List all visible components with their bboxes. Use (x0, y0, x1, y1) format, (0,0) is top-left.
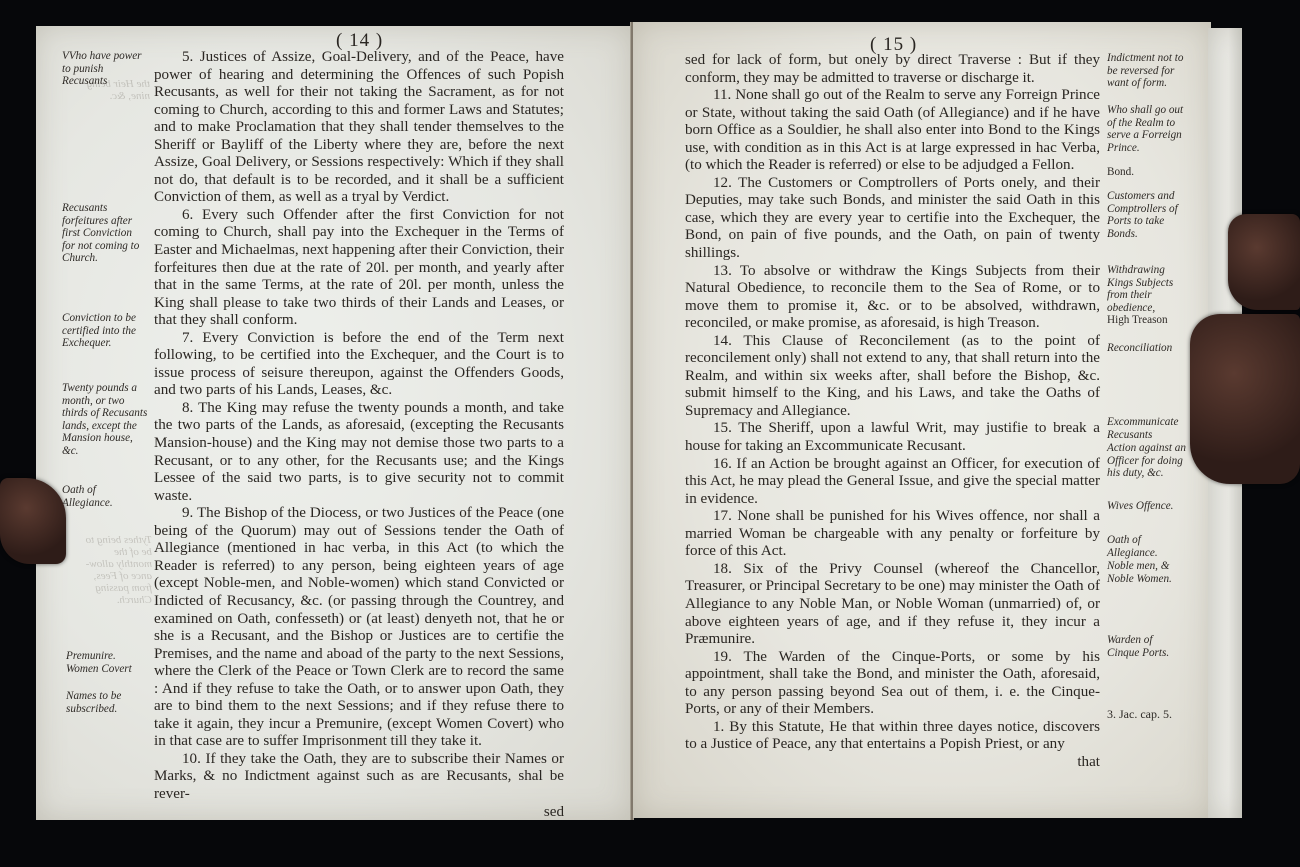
paragraph-6: 6. Every such Offender after the first C… (154, 207, 564, 330)
margin-note-twenty-pounds: Twenty pounds a month, or two thirds of … (62, 382, 148, 458)
paragraph-13: 13. To absolve or withdraw the Kings Sub… (685, 263, 1100, 333)
margin-note-who-shall-go: Who shall go out of the Realm to serve a… (1107, 104, 1187, 154)
paragraph-12: 12. The Customers or Comptrollers of Por… (685, 175, 1100, 263)
margin-note-bond: Bond. (1107, 166, 1187, 179)
margin-note-action-officer: Action against an Officer for doing his … (1107, 442, 1187, 480)
margin-note-high-treason: High Treason (1107, 314, 1187, 327)
margin-note-names-subscribed: Names to be subscribed. (66, 690, 146, 715)
show-through-text: the Heir being nine, &c. (80, 78, 150, 102)
margin-note-indictment: Indictment not to be reversed for want o… (1107, 52, 1187, 90)
paragraph-9: 9. The Bishop of the Diocess, or two Jus… (154, 505, 564, 751)
paragraph-continuation: sed for lack of form, but onely by direc… (685, 52, 1100, 87)
page-holder-clip-right-lower (1190, 314, 1300, 484)
margin-note-oath-allegiance: Oath of Allegiance. (62, 484, 142, 509)
margin-note-warden: Warden of Cinque Ports. (1107, 634, 1187, 659)
paragraph-11: 11. None shall go out of the Realm to se… (685, 87, 1100, 175)
page-holder-clip-left (0, 478, 66, 564)
paragraph-16: 16. If an Action be brought against an O… (685, 456, 1100, 509)
margin-note-conviction-certified: Conviction to be certified into the Exch… (62, 312, 146, 350)
paragraph-8: 8. The King may refuse the twenty pounds… (154, 400, 564, 505)
margin-note-noble-men: Noble men, & Noble Women. (1107, 560, 1187, 585)
paragraph-19: 19. The Warden of the Cinque-Ports, or s… (685, 649, 1100, 719)
catchword: that (685, 754, 1100, 772)
paragraph-5: 5. Justices of Assize, Goal-Delivery, an… (154, 49, 564, 207)
paragraph-18: 18. Six of the Privy Counsel (whereof th… (685, 561, 1100, 649)
margin-note-withdrawing: Withdrawing Kings Subjects from their ob… (1107, 264, 1187, 314)
catchword: sed (154, 804, 564, 822)
margin-note-customers: Customers and Comptrollers of Ports to t… (1107, 190, 1187, 240)
margin-note-excommunicate: Excommunicate Recusants (1107, 416, 1187, 441)
right-page-body: sed for lack of form, but onely by direc… (685, 52, 1100, 771)
show-through-text: Tythes being to be of the monthly allow-… (76, 534, 152, 606)
right-page: ( 15 ) sed for lack of form, but onely b… (633, 22, 1211, 818)
margin-note-wives-offence: Wives Offence. (1107, 500, 1187, 513)
margin-note-forfeitures: Recusants forfeitures after first Convic… (62, 202, 146, 265)
paragraph-10: 10. If they take the Oath, they are to s… (154, 751, 564, 804)
paragraph-17: 17. None shall be punished for his Wives… (685, 508, 1100, 561)
paragraph-7: 7. Every Conviction is before the end of… (154, 330, 564, 400)
margin-note-oath-allegiance: Oath of Allegiance. (1107, 534, 1187, 559)
margin-note-statute-ref: 3. Jac. cap. 5. (1107, 708, 1197, 721)
left-page: ( 14 ) VVho have power to punish Recusan… (36, 26, 632, 820)
paragraph-15: 15. The Sheriff, upon a lawful Writ, may… (685, 420, 1100, 455)
page-holder-clip-right-upper (1228, 214, 1300, 310)
paragraph-statute-1: 1. By this Statute, He that within three… (685, 719, 1100, 754)
margin-note-reconciliation: Reconciliation (1107, 342, 1187, 355)
left-page-body: 5. Justices of Assize, Goal-Delivery, an… (154, 49, 564, 821)
margin-note-premunire: Premunire. Women Covert (66, 650, 150, 675)
paragraph-14: 14. This Clause of Reconcilement (as to … (685, 333, 1100, 421)
